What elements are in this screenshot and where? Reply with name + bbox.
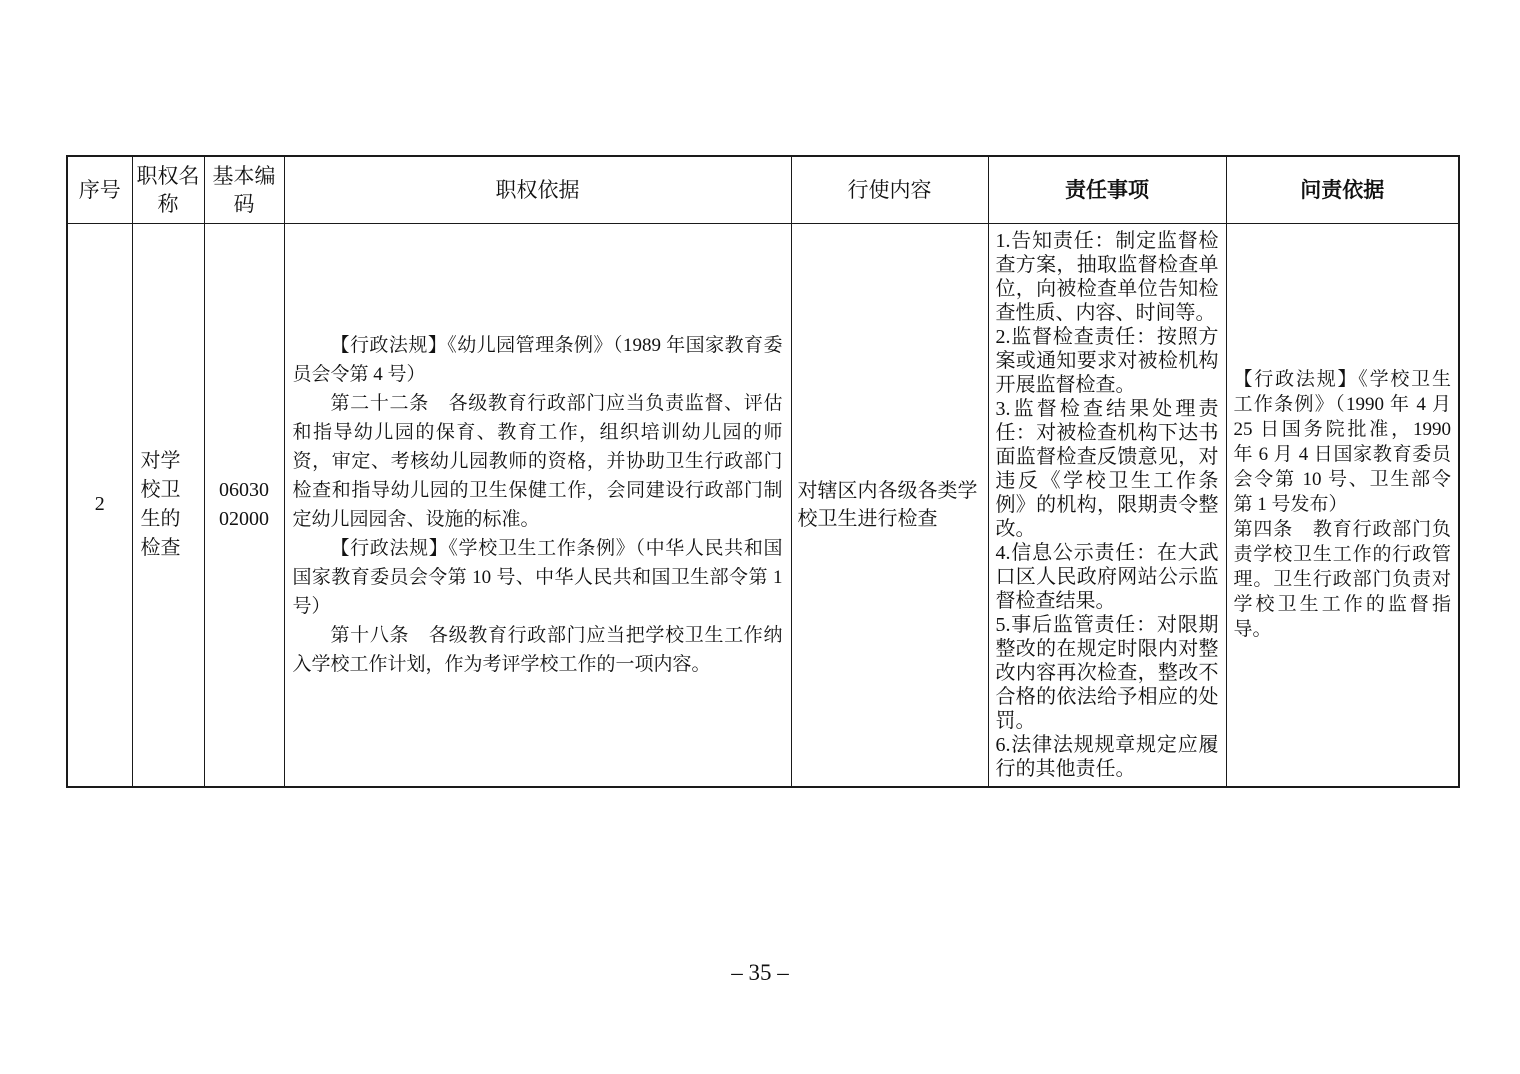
cell-basic-code: 06030 02000 — [204, 223, 284, 787]
authority-duty-table: 序号 职权名称 基本编码 职权依据 行使内容 责任事项 问责依据 2 对学校卫生… — [66, 155, 1460, 788]
cell-serial-number: 2 — [67, 223, 132, 787]
col-header-serial-number: 序号 — [67, 156, 132, 223]
col-header-authority-name: 职权名称 — [132, 156, 204, 223]
col-header-basic-code: 基本编码 — [204, 156, 284, 223]
cell-authority-name: 对学校卫生的检查 — [132, 223, 204, 787]
legal-basis-paragraph: 第十八条 各级教育行政部门应当把学校卫生工作纳入学校工作计划，作为考评学校工作的… — [293, 621, 783, 679]
accountability-paragraph: 【行政法规】《学校卫生工作条例》（1990 年 4 月 25 日国务院批准，19… — [1234, 367, 1452, 517]
responsibility-item: 5.事后监管责任：对限期整改的在规定时限内对整改内容再次检查，整改不合格的依法给… — [996, 613, 1219, 733]
accountability-paragraph: 第四条 教育行政部门负责学校卫生工作的行政管理。卫生行政部门负责对学校卫生工作的… — [1234, 517, 1452, 642]
document-page: 序号 职权名称 基本编码 职权依据 行使内容 责任事项 问责依据 2 对学校卫生… — [0, 0, 1520, 1074]
col-header-responsibility-items: 责任事项 — [988, 156, 1226, 223]
table-row: 2 对学校卫生的检查 06030 02000 【行政法规】《幼儿园管理条例》（1… — [67, 223, 1459, 787]
legal-basis-paragraph: 【行政法规】《学校卫生工作条例》（中华人民共和国国家教育委员会令第 10 号、中… — [293, 534, 783, 621]
responsibility-item: 2.监督检查责任：按照方案或通知要求对被检机构开展监督检查。 — [996, 325, 1219, 397]
page-number: – 35 – — [0, 960, 1520, 986]
col-header-authority-basis: 职权依据 — [284, 156, 791, 223]
responsibility-item: 6.法律法规规章规定应履行的其他责任。 — [996, 733, 1219, 781]
legal-basis-paragraph: 第二十二条 各级教育行政部门应当负责监督、评估和指导幼儿园的保育、教育工作，组织… — [293, 389, 783, 534]
responsibility-item: 3.监督检查结果处理责任：对被检查机构下达书面监督检查反馈意见，对违反《学校卫生… — [996, 397, 1219, 541]
cell-responsibility-items: 1.告知责任：制定监督检查方案，抽取监督检查单位，向被检查单位告知检查性质、内容… — [988, 223, 1226, 787]
responsibility-item: 1.告知责任：制定监督检查方案，抽取监督检查单位，向被检查单位告知检查性质、内容… — [996, 229, 1219, 325]
cell-authority-basis: 【行政法规】《幼儿园管理条例》（1989 年国家教育委员会令第 4 号） 第二十… — [284, 223, 791, 787]
col-header-exercise-content: 行使内容 — [791, 156, 988, 223]
legal-basis-paragraph: 【行政法规】《幼儿园管理条例》（1989 年国家教育委员会令第 4 号） — [293, 331, 783, 389]
table-header-row: 序号 职权名称 基本编码 职权依据 行使内容 责任事项 问责依据 — [67, 156, 1459, 223]
col-header-accountability-basis: 问责依据 — [1226, 156, 1459, 223]
cell-exercise-content: 对辖区内各级各类学校卫生进行检查 — [791, 223, 988, 787]
cell-accountability-basis: 【行政法规】《学校卫生工作条例》（1990 年 4 月 25 日国务院批准，19… — [1226, 223, 1459, 787]
responsibility-item: 4.信息公示责任：在大武口区人民政府网站公示监督检查结果。 — [996, 541, 1219, 613]
